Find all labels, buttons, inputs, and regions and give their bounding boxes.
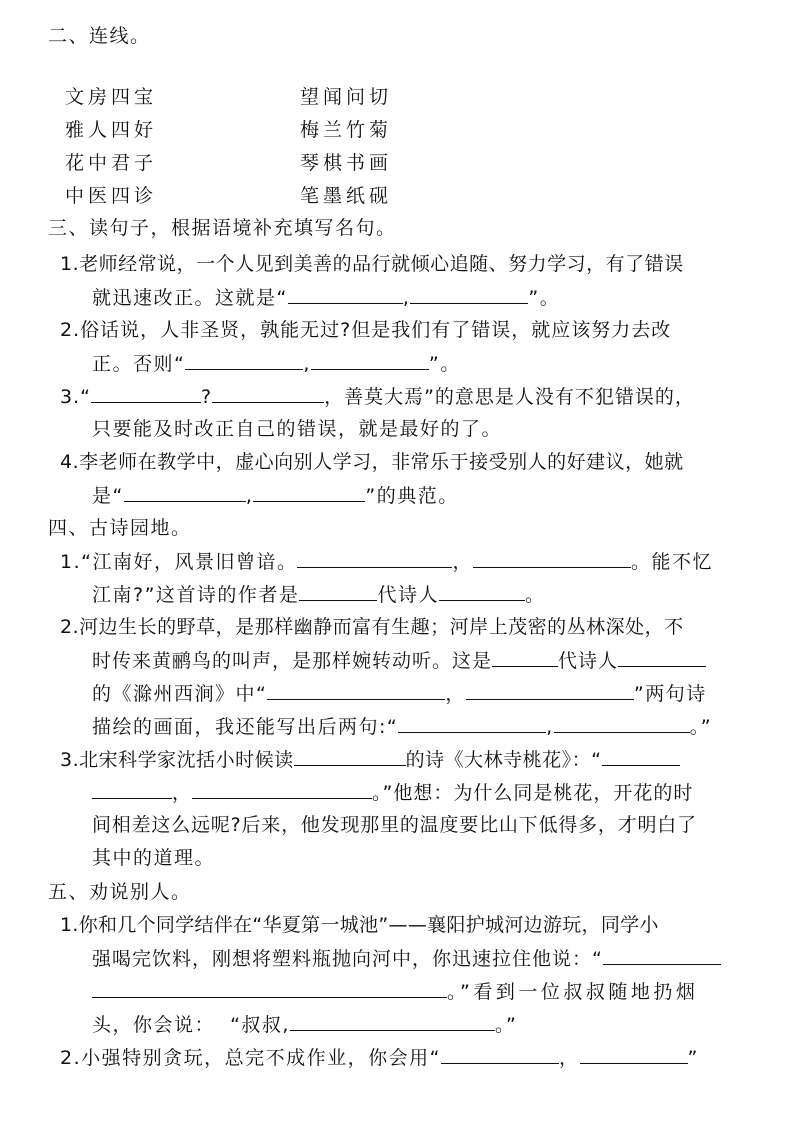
answer-blank[interactable] [92, 780, 172, 799]
close-quote: ”的典范。 [365, 485, 458, 507]
answer-blank[interactable] [410, 285, 528, 304]
s5-q1-line2: 强喝完饮料，刚想将塑料瓶抛向河中，你迅速拉住他说：“ [92, 946, 721, 971]
answer-blank[interactable] [185, 351, 303, 370]
s4-q2-line1: 2.河边生长的野草，是那样幽静而富有生趣；河岸上茂密的丛林深处，不 [60, 615, 684, 639]
s4-q3-line4: 其中的道理。 [92, 846, 215, 870]
answer-blank[interactable] [441, 1045, 559, 1064]
s4-q2-text: 时传来黄鹂鸟的叫声，是那样婉转动听。这是 [92, 650, 492, 672]
answer-blank[interactable] [267, 681, 445, 700]
answer-blank[interactable] [253, 483, 365, 502]
match-left-2[interactable]: 雅人四好 [65, 118, 157, 142]
poet-blank[interactable] [439, 582, 525, 601]
s4-q2-text5: 描绘的画面，我还能写出后两句:“ [92, 716, 398, 738]
s4-q1-text3: 江南?”这首诗的作者是 [92, 584, 299, 606]
s5-q2-line1: 2.小强特别贪玩，总完不成作业，你会用“，” [60, 1045, 699, 1070]
match-right-1[interactable]: 望闻问切 [300, 85, 392, 109]
s3-q3-line1: 3.“?，善莫大焉”的意思是人没有不犯错误的， [60, 384, 695, 409]
s3-q2-line2: 正。否则“,”。 [92, 351, 461, 376]
s4-q1-text4: 代诗人 [377, 584, 439, 606]
s4-q2-line2: 时传来黄鹂鸟的叫声，是那样婉转动听。这是代诗人 [92, 648, 706, 673]
comma: , [303, 353, 311, 375]
answer-blank[interactable] [124, 483, 246, 502]
answer-blank[interactable] [212, 384, 324, 403]
close-quote: 。” [495, 1014, 517, 1036]
comma: , [403, 287, 411, 309]
section-5-title: 五、劝说别人。 [48, 880, 192, 904]
s4-q2-text3: 的《滁州西涧》中“ [92, 683, 267, 705]
poet-blank[interactable] [618, 648, 706, 667]
s3-q2-text: 正。否则“ [92, 353, 185, 375]
s4-q1-line1: 1.“江南好，风景旧曾谙。，。能不忆 [60, 549, 713, 574]
close-quote: ” [688, 1047, 699, 1069]
question-mark: ? [201, 386, 212, 408]
s4-q3-text3: 。”他想：为什么同是桃花，开花的时 [372, 782, 693, 804]
period: 。 [525, 584, 546, 606]
comma: ， [445, 683, 466, 705]
section-4-title: 四、古诗园地。 [48, 516, 192, 540]
dynasty-blank[interactable] [299, 582, 377, 601]
s3-q3-line2: 只要能及时改正自己的错误，就是最好的了。 [92, 417, 502, 441]
answer-blank[interactable] [290, 1012, 495, 1031]
close-quote: ”。 [429, 353, 461, 375]
s5-q1-line3: 。”看到一位叔叔随地扔烟 [92, 979, 698, 1004]
answer-blank[interactable] [297, 549, 452, 568]
section-3-title: 三、读句子，根据语境补充填写名句。 [48, 216, 397, 240]
comma: , [246, 485, 254, 507]
answer-blank[interactable] [311, 351, 429, 370]
poet-blank[interactable] [294, 747, 406, 766]
answer-blank[interactable] [473, 549, 631, 568]
s4-q3-line3: 间相差这么远呢?后来，他发现那里的温度要比山下低得多，才明白了 [92, 813, 697, 837]
match-right-2[interactable]: 梅兰竹菊 [300, 118, 392, 142]
s4-q2-line3: 的《滁州西涧》中“，”两句诗 [92, 681, 707, 706]
answer-blank[interactable] [288, 285, 403, 304]
match-left-3[interactable]: 花中君子 [65, 151, 157, 175]
answer-blank[interactable] [580, 1045, 688, 1064]
match-left-1[interactable]: 文房四宝 [65, 85, 157, 109]
comma: ， [172, 782, 192, 804]
answer-blank[interactable] [92, 979, 447, 998]
s3-q2-line1: 2.俗话说，人非圣贤，孰能无过?但是我们有了错误，就应该努力去改 [60, 318, 671, 342]
s3-q1-line2: 就迅速改正。这就是“,”。 [92, 285, 560, 310]
answer-blank[interactable] [398, 714, 546, 733]
comma: ， [559, 1047, 580, 1069]
s5-q1-line4: 头，你会说： “叔叔,。” [92, 1012, 517, 1037]
close-quote: 。” [690, 716, 712, 738]
s5-q1-text: 强喝完饮料，刚想将塑料瓶抛向河中，你迅速拉住他说：“ [92, 948, 603, 970]
s3-q4-line1: 4.李老师在教学中，虚心向别人学习，非常乐于接受别人的好建议，她就 [60, 450, 684, 474]
answer-blank[interactable] [554, 714, 690, 733]
match-right-4[interactable]: 笔墨纸砚 [300, 184, 392, 208]
answer-blank[interactable] [91, 384, 201, 403]
answer-blank[interactable] [192, 780, 372, 799]
s3-q3-text: ，善莫大焉”的意思是人没有不犯错误的， [324, 386, 695, 408]
s4-q2-text2: 代诗人 [558, 650, 618, 672]
s4-q3-text2: 的诗《大林寺桃花》：“ [406, 749, 602, 771]
s4-q2-text4: ”两句诗 [634, 683, 707, 705]
s4-q3-line2: ，。”他想：为什么同是桃花，开花的时 [92, 780, 693, 805]
answer-blank[interactable] [602, 747, 680, 766]
s4-q1-text: 1.“江南好，风景旧曾谙。 [60, 551, 297, 573]
answer-blank[interactable] [466, 681, 634, 700]
s5-q2-text: 2.小强特别贪玩，总完不成作业，你会用“ [60, 1047, 441, 1069]
s5-q1-text3: 头，你会说： “叔叔, [92, 1014, 290, 1036]
section-2-title: 二、连线。 [48, 24, 151, 48]
close-quote: ”。 [528, 287, 560, 309]
dynasty-blank[interactable] [492, 648, 558, 667]
s3-q4-text: 是“ [92, 485, 124, 507]
s3-q4-line2: 是“,”的典范。 [92, 483, 459, 508]
comma: , [546, 716, 554, 738]
match-left-4[interactable]: 中医四诊 [65, 184, 157, 208]
s4-q3-text: 3.北宋科学家沈括小时候读 [60, 749, 294, 771]
answer-blank[interactable] [603, 946, 721, 965]
s4-q2-line4: 描绘的画面，我还能写出后两句:“,。” [92, 714, 712, 739]
comma: ， [452, 551, 473, 573]
s4-q3-line1: 3.北宋科学家沈括小时候读的诗《大林寺桃花》：“ [60, 747, 680, 772]
s3-q1-text: 就迅速改正。这就是“ [92, 287, 288, 309]
s5-q1-text2: 。”看到一位叔叔随地扔烟 [447, 981, 698, 1003]
s3-q3-open: 3.“ [60, 386, 91, 408]
s4-q1-text2: 。能不忆 [631, 551, 713, 573]
s3-q1-line1: 1.老师经常说，一个人见到美善的品行就倾心追随、努力学习，有了错误 [60, 252, 684, 276]
match-right-3[interactable]: 琴棋书画 [300, 151, 392, 175]
s4-q1-line2: 江南?”这首诗的作者是代诗人。 [92, 582, 545, 607]
s5-q1-line1: 1.你和几个同学结伴在“华夏第一城池”——襄阳护城河边游玩，同学小 [60, 913, 659, 937]
